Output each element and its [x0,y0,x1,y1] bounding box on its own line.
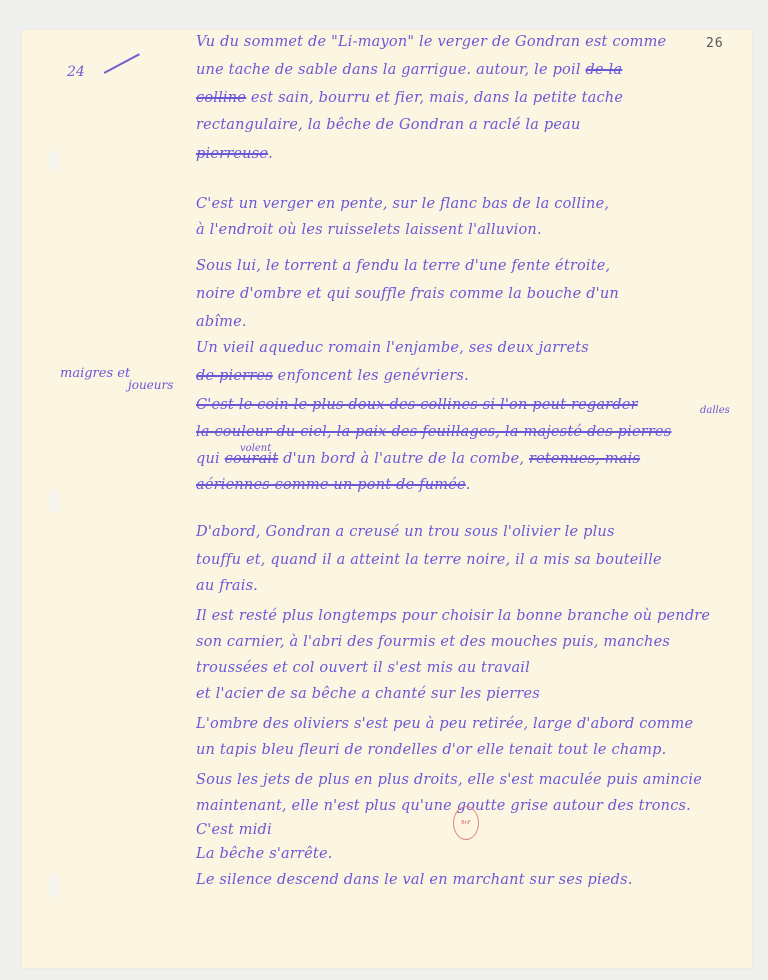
punch-hole [49,490,59,512]
text-line: Sous les jets de plus en plus droits, el… [196,772,702,788]
text-line: D'abord, Gondran a creusé un trou sous l… [196,524,615,540]
folio-note: 24 [67,64,85,80]
struck-text: de la [585,62,622,78]
text-line: L'ombre des oliviers s'est peu à peu ret… [196,716,693,732]
page-number: 26 [706,36,724,51]
insertion-note: dalles [700,405,730,416]
text-line: abîme. [196,314,247,330]
text-line: C'est un verger en pente, sur le flanc b… [196,196,609,212]
text-line: Le silence descend dans le val en marcha… [196,872,633,888]
text-line: touffu et, quand il a atteint la terre n… [196,552,662,568]
text-line: aériennes comme un pont de fumée. [196,477,471,493]
text-line: C'est midi [196,822,272,838]
text-line: C'est le coin le plus doux des collines … [196,397,638,413]
library-stamp: BnF [453,806,479,840]
punch-hole [49,875,59,897]
text-line: pierreuse. [196,146,273,162]
text-line: maintenant, elle n'est plus qu'une goutt… [196,798,691,814]
text-line: Sous lui, le torrent a fendu la terre d'… [196,258,610,274]
text-line: une tache de sable dans la garrigue. aut… [196,62,622,78]
text-line: Il est resté plus longtemps pour choisir… [196,608,710,624]
margin-note: maigres et [60,366,130,381]
struck-text: retenues, mais [529,451,640,467]
text-line: noire d'ombre et qui souffle frais comme… [196,286,619,302]
text-line: Vu du sommet de "Li-mayon" le verger de … [196,34,666,50]
margin-note: joueurs [128,378,173,392]
text-line: Un vieil aqueduc romain l'enjambe, ses d… [196,340,589,356]
manuscript-page [22,30,752,968]
struck-text: aériennes comme un pont de fumée [196,477,466,493]
text-line: colline est sain, bourru et fier, mais, … [196,90,623,106]
struck-text: la couleur du ciel, la paix des feuillag… [196,424,671,440]
struck-text: courait [225,451,279,467]
struck-text: de pierres [196,368,273,384]
text-line: La bêche s'arrête. [196,846,333,862]
text-line: à l'endroit où les ruisselets laissent l… [196,222,542,238]
text-line: et l'acier de sa bêche a chanté sur les … [196,686,540,702]
text-line: rectangulaire, la bêche de Gondran a rac… [196,117,581,133]
text-line: un tapis bleu fleuri de rondelles d'or e… [196,742,666,758]
text-line: son carnier, à l'abri des fourmis et des… [196,634,670,650]
struck-text: colline [196,90,246,106]
text-line: au frais. [196,578,258,594]
struck-text: pierreuse [196,146,268,162]
punch-hole [49,150,59,172]
text-line: qui courait d'un bord à l'autre de la co… [196,451,640,467]
struck-text: C'est le coin le plus doux des collines … [196,397,638,413]
text-line: la couleur du ciel, la paix des feuillag… [196,424,671,440]
text-line: de pierres enfoncent les genévriers. [196,368,469,384]
text-line: troussées et col ouvert il s'est mis au … [196,660,530,676]
